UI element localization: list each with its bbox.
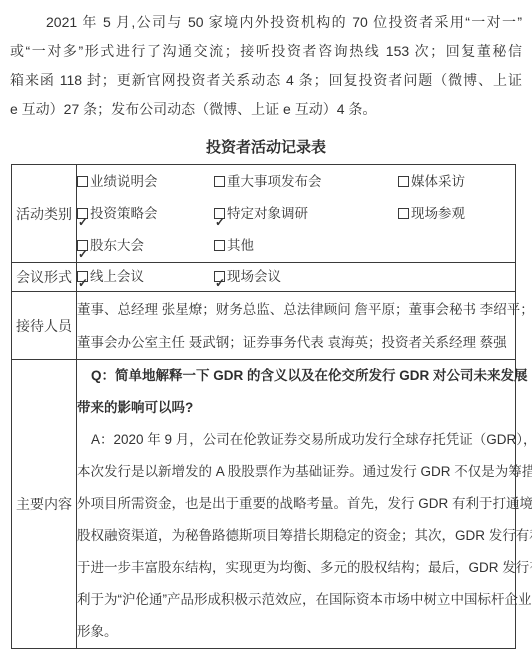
- row-label-activity: 活动类别: [12, 165, 77, 263]
- checkbox-icon: [77, 208, 88, 219]
- checkbox-label: 特定对象调研: [227, 206, 308, 221]
- checkbox-icon: [214, 208, 225, 219]
- checkbox-label: 现场会议: [227, 269, 281, 284]
- qa-question-line: 带来的影响可以吗?: [77, 392, 515, 424]
- checkbox-icon: [398, 208, 409, 219]
- qa-answer-line: 外项目所需资金，也是出于重要的战略考量。首先，发行 GDR 有利于打通境外: [77, 488, 515, 520]
- checkbox-option: 投资策略会: [77, 198, 214, 230]
- table-row-activity: 活动类别 业绩说明会 重大事项发布会 媒体采访 投资策略会 特定对象调研 现场参…: [12, 165, 516, 263]
- checkbox-icon: [77, 176, 88, 187]
- document-page: 2021 年 5 月,公司与 50 家境内外投资机构的 70 位投资者采用“一对…: [0, 0, 532, 649]
- checkbox-icon: [214, 240, 225, 251]
- qa-answer-line: 形象。: [77, 616, 515, 648]
- table-row-reception: 接待人员 董事、总经理 张星燎；财务总监、总法律顾问 詹平原；董事会秘书 李绍平…: [12, 292, 516, 360]
- checkbox-label: 现场参观: [411, 206, 465, 221]
- main-content-cell: Q：简单地解释一下 GDR 的含义以及在伦交所发行 GDR 对公司未来发展 带来…: [77, 360, 516, 649]
- checkbox-option: 现场会议: [214, 263, 398, 291]
- qa-answer-line: A：2020 年 9 月，公司在伦敦证券交易所成功发行全球存托凭证（GDR），: [77, 424, 515, 456]
- checkbox-option: 线上会议: [77, 263, 214, 291]
- reception-cell: 董事、总经理 张星燎；财务总监、总法律顾问 詹平原；董事会秘书 李绍平； 董事会…: [77, 292, 516, 360]
- checkbox-option: 重大事项发布会: [214, 166, 398, 198]
- checkbox-label: 股东大会: [90, 238, 144, 253]
- checkbox-label: 媒体采访: [411, 174, 465, 189]
- checkbox-option: 股东大会: [77, 230, 214, 262]
- intro-line: 2021 年 5 月,公司与 50 家境内外投资机构的 70 位投资者采用“一对…: [10, 8, 522, 37]
- reception-line: 董事、总经理 张星燎；财务总监、总法律顾问 詹平原；董事会秘书 李绍平；: [77, 293, 515, 326]
- table-row-main-content: 主要内容 Q：简单地解释一下 GDR 的含义以及在伦交所发行 GDR 对公司未来…: [12, 360, 516, 649]
- row-label-reception: 接待人员: [12, 292, 77, 360]
- checkbox-label: 业绩说明会: [90, 174, 158, 189]
- qa-answer-line: 股权融资渠道，为秘鲁路德斯项目筹措长期稳定的资金；其次，GDR 发行有利: [77, 520, 515, 552]
- investor-activity-table: 活动类别 业绩说明会 重大事项发布会 媒体采访 投资策略会 特定对象调研 现场参…: [11, 164, 516, 649]
- checkbox-label: 线上会议: [90, 269, 144, 284]
- checkbox-option: 现场参观: [398, 198, 515, 230]
- checkbox-line: 股东大会 其他: [77, 230, 515, 262]
- checkbox-icon: [77, 240, 88, 251]
- checkbox-label: 投资策略会: [90, 206, 158, 221]
- checkbox-line: 业绩说明会 重大事项发布会 媒体采访: [77, 166, 515, 198]
- intro-line: 或“一对多”形式进行了沟通交流；接听投资者咨询热线 153 次；回复董秘信: [10, 37, 522, 66]
- intro-line: 箱来函 118 封；更新官网投资者关系动态 4 条；回复投资者问题（微博、上证: [10, 66, 522, 95]
- table-title: 投资者活动记录表: [10, 138, 522, 158]
- checkbox-option: 业绩说明会: [77, 166, 214, 198]
- row-label-main-content: 主要内容: [12, 360, 77, 649]
- checkbox-icon: [214, 176, 225, 187]
- qa-answer-line: 利于为“沪伦通”产品形成积极示范效应，在国际资本市场中树立中国标杆企业: [77, 584, 515, 616]
- checkbox-line: 线上会议 现场会议: [77, 263, 515, 291]
- checkbox-icon: [77, 271, 88, 282]
- qa-question-line: Q：简单地解释一下 GDR 的含义以及在伦交所发行 GDR 对公司未来发展: [77, 360, 515, 392]
- checkbox-icon: [214, 271, 225, 282]
- checkbox-label: 其他: [227, 238, 254, 253]
- checkbox-icon: [398, 176, 409, 187]
- checkbox-option: 其他: [214, 230, 398, 262]
- row-label-meeting-format: 会议形式: [12, 263, 77, 292]
- checkbox-label: 重大事项发布会: [227, 174, 322, 189]
- meeting-format-cell: 线上会议 现场会议: [77, 263, 516, 292]
- intro-line: e 互动）27 条；发布公司动态（微博、上证 e 互动）4 条。: [10, 95, 522, 124]
- reception-line: 董事会办公室主任 聂武钢；证券事务代表 袁海英；投资者关系经理 蔡强: [77, 326, 515, 359]
- checkbox-option: 媒体采访: [398, 166, 515, 198]
- checkbox-line: 投资策略会 特定对象调研 现场参观: [77, 198, 515, 230]
- qa-answer-line: 本次发行是以新增发的 A 股股票作为基础证券。通过发行 GDR 不仅是为筹措境: [77, 456, 515, 488]
- intro-paragraph: 2021 年 5 月,公司与 50 家境内外投资机构的 70 位投资者采用“一对…: [10, 8, 522, 124]
- qa-answer-line: 于进一步丰富股东结构，实现更为均衡、多元的股权结构；最后，GDR 发行有: [77, 552, 515, 584]
- activity-options-cell: 业绩说明会 重大事项发布会 媒体采访 投资策略会 特定对象调研 现场参观 股东大…: [77, 165, 516, 263]
- checkbox-option: 特定对象调研: [214, 198, 398, 230]
